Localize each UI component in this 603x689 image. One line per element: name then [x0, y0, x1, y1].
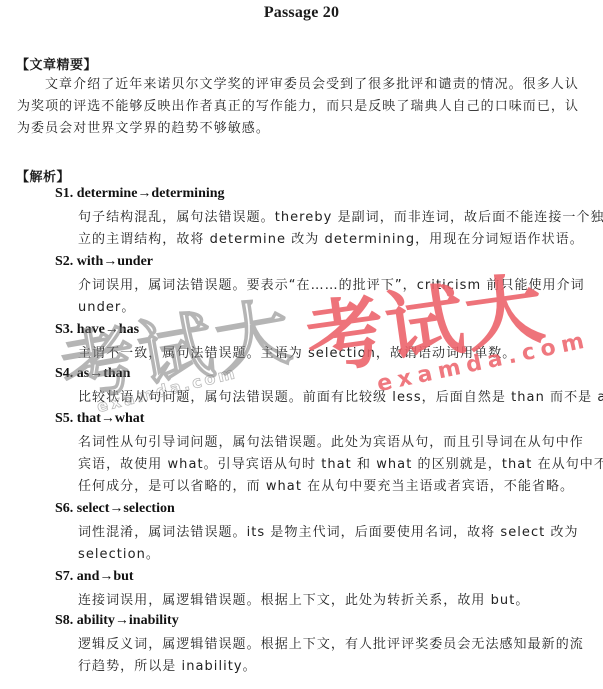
item-body-s1: 句子结构混乱，属句法错误题。thereby 是副词，而非连词，故后面不能连接一个…	[78, 207, 590, 251]
document-page: Passage 20 【文章精要】 文章介绍了近年来诺贝尔文学奖的评审委员会受到…	[0, 0, 603, 689]
item-label-s4: S4. as→than	[55, 366, 130, 382]
item-line: 词性混淆，属词法错误题。its 是物主代词，后面要使用名词，故将 select …	[78, 522, 590, 544]
item-line: 立的主谓结构，故将 determine 改为 determining，用现在分词…	[78, 229, 590, 251]
summary-line: 为奖项的评选不能够反映出作者真正的写作能力，而只是反映了瑞典人自己的口味而已，认	[17, 96, 589, 118]
item-label-s1: S1. determine→determining	[55, 186, 225, 202]
item-line: 主谓不一致，属句法错误题。主语为 selection，故谓语动词用单数。	[78, 343, 590, 365]
analysis-heading: 【解析】	[16, 166, 70, 185]
summary-line: 为委员会对世界文学界的趋势不够敏感。	[17, 118, 589, 140]
item-label-s3: S3. have→has	[55, 322, 139, 338]
item-body-s4: 比较状语从句问题，属句法错误题。前面有比较级 less，后面自然是 than 而…	[78, 387, 590, 409]
summary-line: 文章介绍了近年来诺贝尔文学奖的评审委员会受到了很多批评和谴责的情况。很多人认	[17, 74, 589, 96]
item-line: 介词误用，属词法错误题。要表示“在……的批评下”，criticism 前只能使用…	[78, 275, 590, 297]
item-line: 宾语，故使用 what。引导宾语从句时 that 和 what 的区别就是，th…	[78, 454, 590, 476]
item-line: under。	[78, 297, 590, 319]
item-body-s2: 介词误用，属词法错误题。要表示“在……的批评下”，criticism 前只能使用…	[78, 275, 590, 319]
item-label-s5: S5. that→what	[55, 411, 144, 427]
item-body-s3: 主谓不一致，属句法错误题。主语为 selection，故谓语动词用单数。	[78, 343, 590, 365]
item-body-s5: 名词性从句引导词问题，属句法错误题。此处为宾语从句，而且引导词在从句中作 宾语，…	[78, 432, 590, 498]
item-line: 行趋势，所以是 inability。	[78, 656, 590, 678]
item-line: 任何成分，是可以省略的，而 what 在从句中要充当主语或者宾语，不能省略。	[78, 476, 590, 498]
passage-title: Passage 20	[0, 4, 603, 22]
item-line: 比较状语从句问题，属句法错误题。前面有比较级 less，后面自然是 than 而…	[78, 387, 590, 409]
item-line: 逻辑反义词，属逻辑错误题。根据上下文，有人批评评奖委员会无法感知最新的流	[78, 634, 590, 656]
item-label-s2: S2. with→under	[55, 254, 153, 270]
item-line: 句子结构混乱，属句法错误题。thereby 是副词，而非连词，故后面不能连接一个…	[78, 207, 590, 229]
item-line: selection。	[78, 544, 590, 566]
summary-paragraph: 文章介绍了近年来诺贝尔文学奖的评审委员会受到了很多批评和谴责的情况。很多人认 为…	[17, 74, 589, 140]
item-line: 连接词误用，属逻辑错误题。根据上下文，此处为转折关系，故用 but。	[78, 590, 590, 612]
item-line: 名词性从句引导词问题，属句法错误题。此处为宾语从句，而且引导词在从句中作	[78, 432, 590, 454]
item-label-s8: S8. ability→inability	[55, 613, 179, 629]
summary-heading: 【文章精要】	[16, 54, 97, 73]
item-label-s6: S6. select→selection	[55, 501, 175, 517]
item-body-s8: 逻辑反义词，属逻辑错误题。根据上下文，有人批评评奖委员会无法感知最新的流 行趋势…	[78, 634, 590, 678]
item-body-s6: 词性混淆，属词法错误题。its 是物主代词，后面要使用名词，故将 select …	[78, 522, 590, 566]
item-body-s7: 连接词误用，属逻辑错误题。根据上下文，此处为转折关系，故用 but。	[78, 590, 590, 612]
item-label-s7: S7. and→but	[55, 569, 134, 585]
